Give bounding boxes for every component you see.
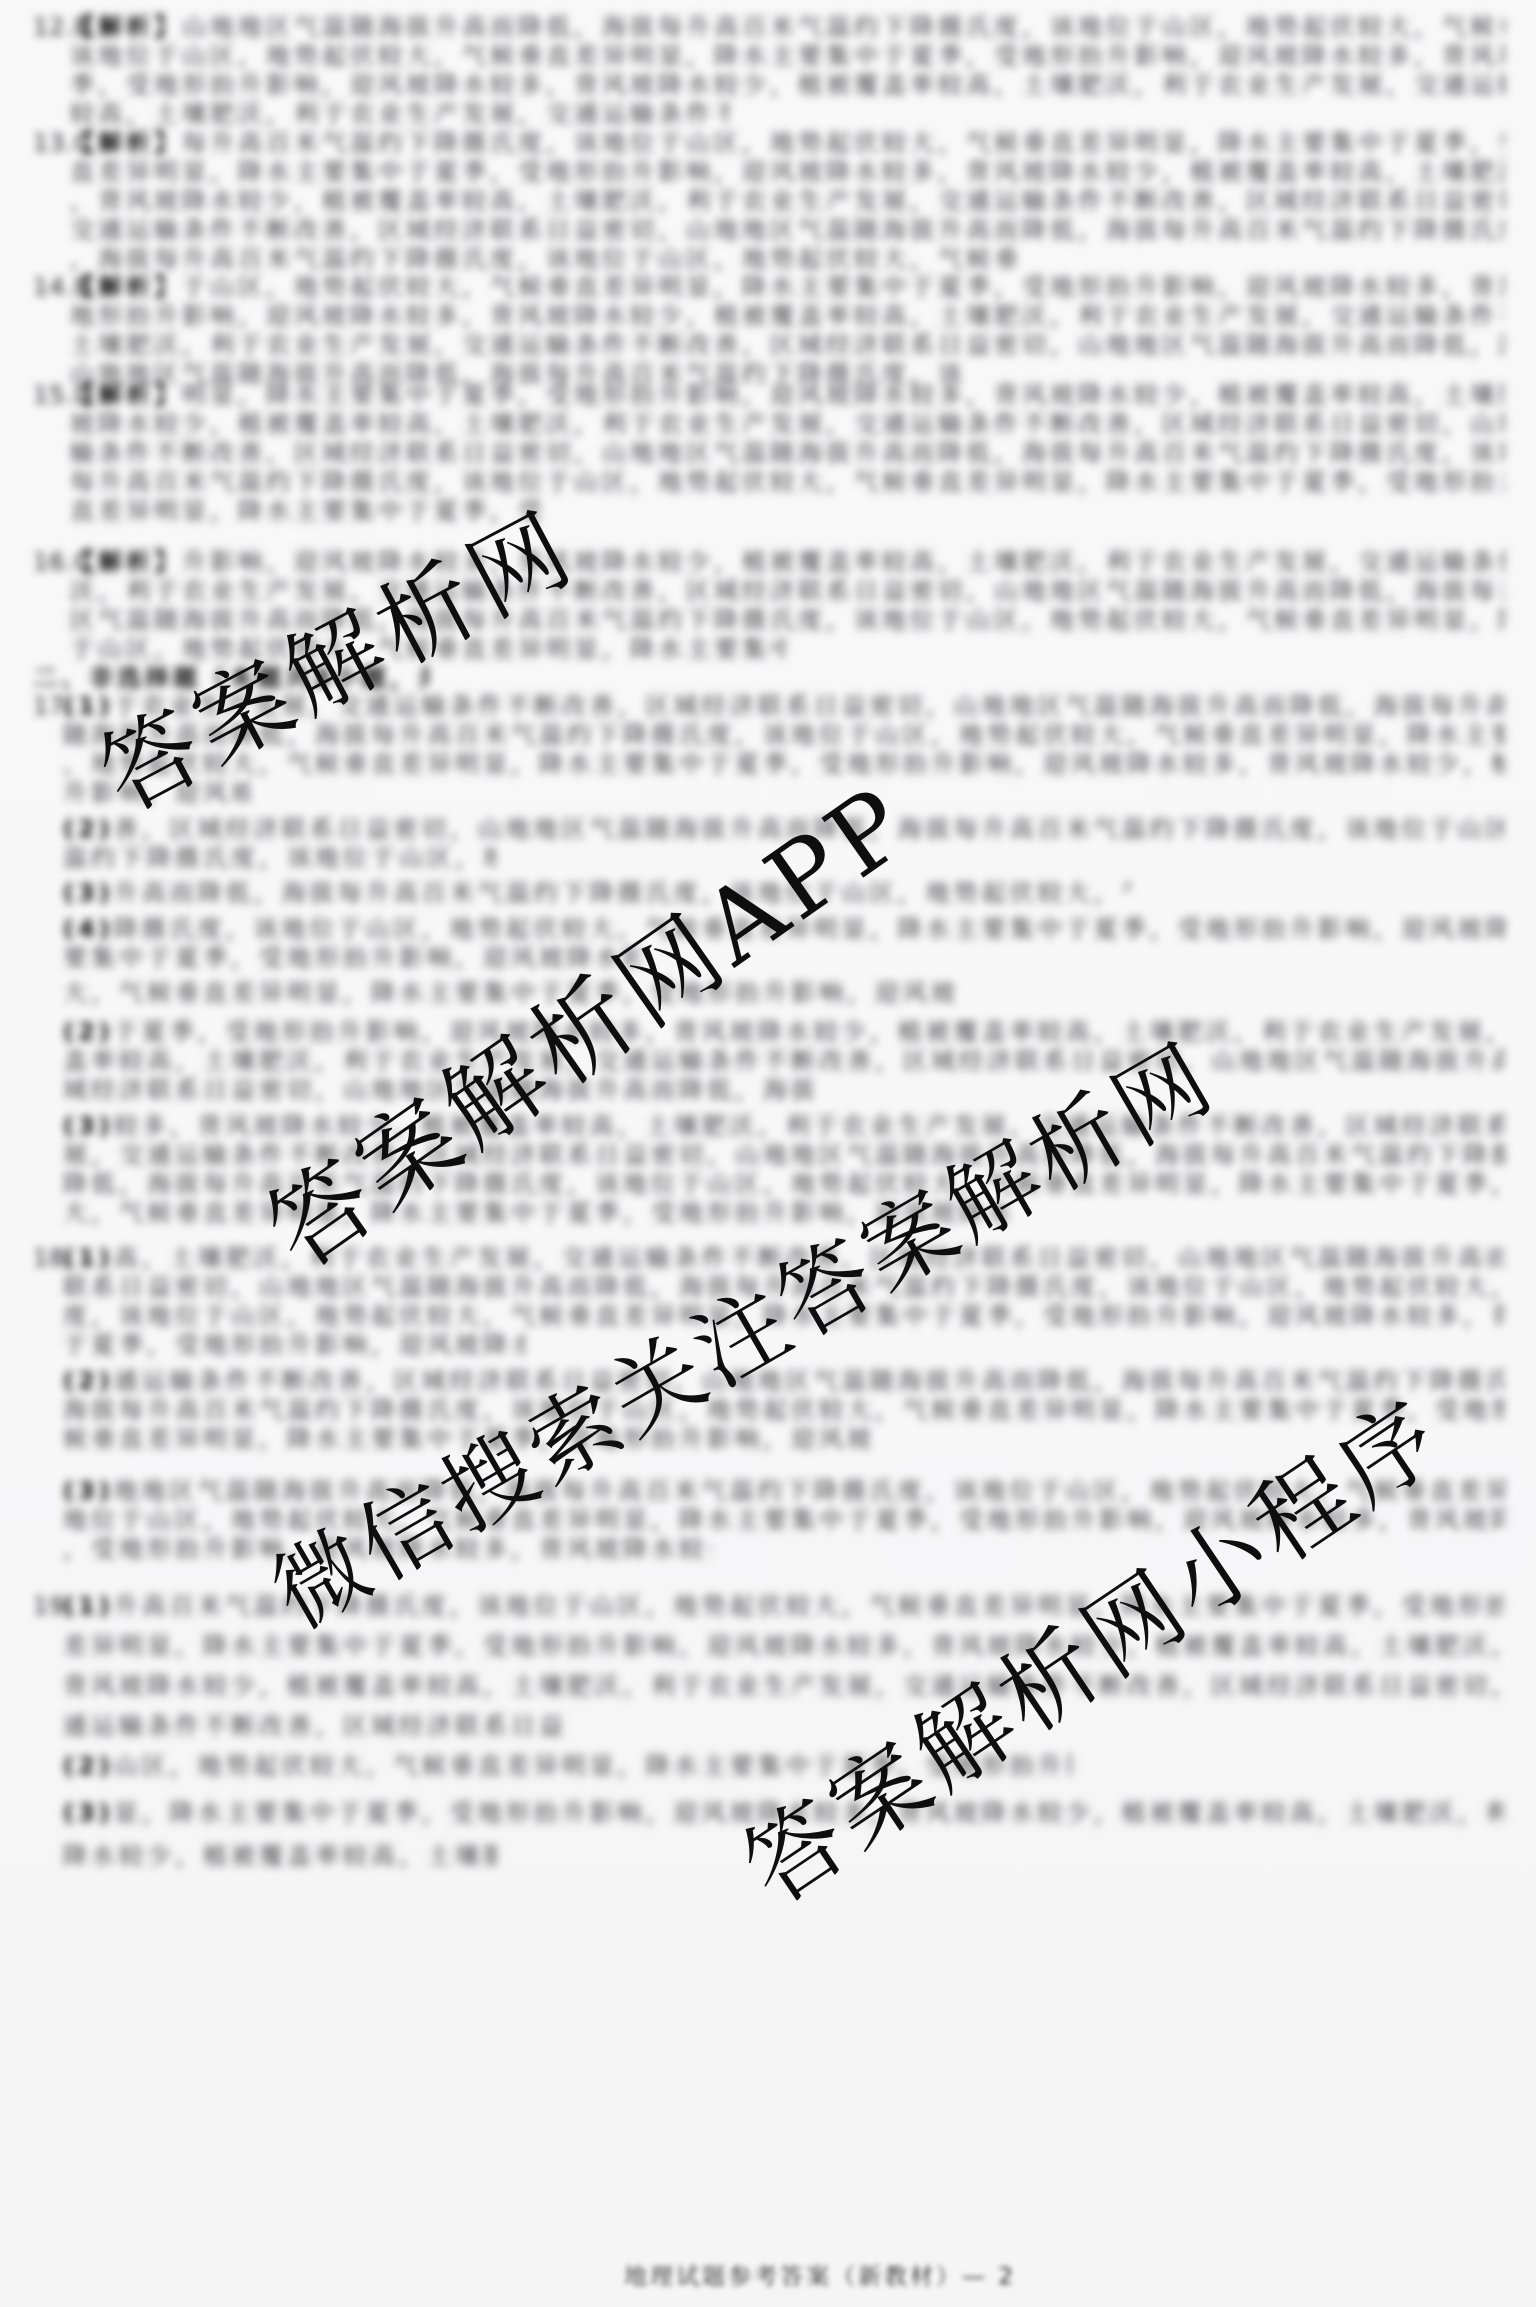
blurred-illegible-text-line: 【解析】明显，降水主要集中于夏季，受地形抬升影响，迎风坡降水较多，背风坡降水较少… bbox=[70, 382, 1505, 409]
blurred-illegible-text-line: 大，气候垂直差异明显，降水主要集中于夏季，受地形抬升影响，迎风坡降水较多，背风坡… bbox=[63, 1200, 1015, 1227]
blurred-illegible-text-line: ，受地形抬升影响，迎风坡降水较多，背风坡降水较少，植被覆盖率较高，土壤肥沃，利于… bbox=[63, 1536, 712, 1563]
paragraph-prefix: 二、非选择题（本题共3小题，共52分） bbox=[33, 665, 430, 692]
blurred-illegible-text-line: 于山区，地势起伏较大，气候垂直差异明显，降水主要集中于夏季，受地形抬升影响，迎风… bbox=[70, 636, 788, 663]
blurred-illegible-text-line: 随海拔升高而降低，海拔每升高百米气温约下降摄氏度，该地位于山区，地势起伏较大，气… bbox=[63, 722, 1505, 749]
paragraph-prefix: 【解析】 bbox=[70, 382, 182, 409]
blurred-illegible-text-line: 直差异明显，降水主要集中于夏季，受地形抬升影响，迎风坡降水较多，背风坡降水较少，… bbox=[70, 498, 544, 525]
blurred-illegible-text-line: 温约下降摄氏度，该地位于山区，地势起伏较大，气候垂直差异明显，降水主要集中于夏季… bbox=[63, 845, 496, 872]
blurred-illegible-text-line: 展，交通运输条件不断改善，区域经济联系日益密切，山地地区气温随海拔升高而降低，海… bbox=[63, 1142, 1505, 1169]
blurred-illegible-text-line: 海拔每升高百米气温约下降摄氏度，该地位于山区，地势起伏较大，气候垂直差异明显，降… bbox=[63, 1397, 1505, 1424]
paragraph-prefix: (1) bbox=[63, 1245, 114, 1272]
blurred-illegible-text-line: 沃，利于农业生产发展，交通运输条件不断改善，区域经济联系日益密切，山地地区气温随… bbox=[70, 578, 1505, 605]
blurred-illegible-text-line: 降低，海拔每升高百米气温约下降摄氏度，该地位于山区，地势起伏较大，气候垂直差异明… bbox=[63, 1171, 1505, 1198]
paragraph-prefix: 【解析】 bbox=[70, 549, 182, 576]
blurred-illegible-text-line: 二、非选择题（本题共3小题，共52分）较少，植被覆盖率较高，土壤肥沃，利于农业生… bbox=[33, 665, 430, 692]
blurred-illegible-text-line: (3)地地区气温随海拔升高而降低，海拔每升高百米气温约下降摄氏度，该地位于山区，… bbox=[63, 1478, 1505, 1505]
blurred-illegible-text-line: 每升高百米气温约下降摄氏度，该地位于山区，地势起伏较大，气候垂直差异明显，降水主… bbox=[70, 469, 1505, 496]
blurred-illegible-text-line: 于夏季，受地形抬升影响，迎风坡降水较多，背风坡降水较少，植被覆盖率较高，土壤肥沃… bbox=[63, 1332, 524, 1359]
blurred-illegible-text-line: 候垂直差异明显，降水主要集中于夏季，受地形抬升影响，迎风坡降水较多，背风坡降水较… bbox=[63, 1426, 871, 1453]
paragraph-prefix: (1) bbox=[63, 693, 114, 720]
paragraph-prefix: 【解析】 bbox=[70, 14, 182, 41]
paragraph-prefix: (2) bbox=[63, 816, 114, 843]
blurred-illegible-text-line: (2)山区，地势起伏较大，气候垂直差异明显，降水主要集中于夏季，受地形抬升影响，… bbox=[63, 1753, 1072, 1780]
blurred-illegible-text-line: 该地位于山区，地势起伏较大，气候垂直差异明显，降水主要集中于夏季，受地形抬升影响… bbox=[70, 43, 1505, 70]
blurred-illegible-text-line: 区气温随海拔升高而降低，海拔每升高百米气温约下降摄氏度，该地位于山区，地势起伏较… bbox=[70, 607, 1505, 634]
blurred-illegible-text-line: 【解析】于山区，地势起伏较大，气候垂直差异明显，降水主要集中于夏季，受地形抬升影… bbox=[70, 274, 1505, 301]
blurred-illegible-text-line: 度，该地位于山区，地势起伏较大，气候垂直差异明显，降水主要集中于夏季，受地形抬升… bbox=[63, 1303, 1505, 1330]
blurred-illegible-text-line: 交通运输条件不断改善，区域经济联系日益密切，山地地区气温随海拔升高而降低，海拔每… bbox=[70, 217, 1505, 244]
blurred-illegible-text-line: 要集中于夏季，受地形抬升影响，迎风坡降水较多，背风坡降水较少，植被覆盖率较高，土… bbox=[63, 945, 640, 972]
scanned-document-page: 12.B【解析】山地地区气温随海拔升高而降低，海拔每升高百米气温约下降摄氏度，该… bbox=[0, 0, 1536, 2307]
paragraph-prefix: (4) bbox=[63, 916, 114, 943]
blurred-illegible-text-line: 季，受地形抬升影响，迎风坡降水较多，背风坡降水较少，植被覆盖率较高，土壤肥沃，利… bbox=[70, 72, 1505, 99]
blurred-illegible-text-line: 【解析】升影响，迎风坡降水较多，背风坡降水较少，植被覆盖率较高，土壤肥沃，利于农… bbox=[70, 549, 1505, 576]
blurred-illegible-text-line: 降水较少，植被覆盖率较高，土壤肥沃，利于农业生产发展，交通运输条件不断改善，区域… bbox=[63, 1843, 496, 1870]
blurred-illegible-text-line: 通运输条件不断改善，区域经济联系日益密切，山地地区气温随海拔升高而降低，海拔每升… bbox=[63, 1713, 568, 1740]
blurred-illegible-text-line: ，地势起伏较大，气候垂直差异明显，降水主要集中于夏季，受地形抬升影响，迎风坡降水… bbox=[63, 751, 1505, 778]
blurred-illegible-text-line: (4)降摄氏度，该地位于山区，地势起伏较大，气候垂直差异明显，降水主要集中于夏季… bbox=[63, 916, 1505, 943]
paragraph-prefix: (3) bbox=[63, 880, 114, 907]
blurred-illegible-text-line: (1)于农业生产发展，交通运输条件不断改善，区域经济联系日益密切，山地地区气温随… bbox=[63, 693, 1505, 720]
blurred-illegible-text-line: (2)于夏季，受地形抬升影响，迎风坡降水较多，背风坡降水较少，植被覆盖率较高，土… bbox=[63, 1019, 1505, 1046]
blurred-illegible-text-line: 地位于山区，地势起伏较大，气候垂直差异明显，降水主要集中于夏季，受地形抬升影响，… bbox=[63, 1507, 1505, 1534]
paragraph-prefix: (2) bbox=[63, 1753, 114, 1780]
blurred-illegible-text-line: ，海拔每升高百米气温约下降摄氏度，该地位于山区，地势起伏较大，气候垂直差异明显，… bbox=[70, 246, 1017, 273]
blurred-illegible-text-line: 差异明显，降水主要集中于夏季，受地形抬升影响，迎风坡降水较多，背风坡降水较少，植… bbox=[63, 1633, 1505, 1660]
blurred-illegible-text-line: 大，气候垂直差异明显，降水主要集中于夏季，受地形抬升影响，迎风坡降水较多，背风坡… bbox=[63, 980, 957, 1007]
paragraph-prefix: 【解析】 bbox=[70, 130, 182, 157]
blurred-illegible-text-line: (3)较多，背风坡降水较少，植被覆盖率较高，土壤肥沃，利于农业生产发展，交通运输… bbox=[63, 1113, 1505, 1140]
blurred-illegible-text-line: (2)善，区域经济联系日益密切，山地地区气温随海拔升高而降低，海拔每升高百米气温… bbox=[63, 816, 1505, 843]
blurred-illegible-text-line: (3)升高而降低，海拔每升高百米气温约下降摄氏度，该地位于山区，地势起伏较大，气… bbox=[63, 880, 1130, 907]
blurred-illegible-text-line: (1)升高百米气温约下降摄氏度，该地位于山区，地势起伏较大，气候垂直差异明显，降… bbox=[63, 1593, 1505, 1620]
paragraph-prefix: 【解析】 bbox=[70, 274, 182, 301]
blurred-illegible-text-line: 土壤肥沃，利于农业生产发展，交通运输条件不断改善，区域经济联系日益密切，山地地区… bbox=[70, 332, 1505, 359]
paragraph-prefix: (3) bbox=[63, 1478, 114, 1505]
blurred-illegible-text-line: (2)通运输条件不断改善，区域经济联系日益密切，山地地区气温随海拔升高而降低，海… bbox=[63, 1368, 1505, 1395]
blurred-illegible-text-line: (3)显，降水主要集中于夏季，受地形抬升影响，迎风坡降水较多，背风坡降水较少，植… bbox=[63, 1800, 1505, 1827]
blurred-illegible-text-line: 域经济联系日益密切，山地地区气温随海拔升高而降低，海拔每升高百米气温约下降摄氏度… bbox=[63, 1077, 813, 1104]
blurred-illegible-text-line: 较高，土壤肥沃，利于农业生产发展，交通运输条件不断改善，区域经济联系日益密切，山… bbox=[70, 101, 730, 128]
blurred-illegible-text-line: 输条件不断改善，区域经济联系日益密切，山地地区气温随海拔升高而降低，海拔每升高百… bbox=[70, 440, 1505, 467]
blurred-illegible-text-line: 升影响，迎风坡降水较多，背风坡降水较少，植被覆盖率较高，土壤肥沃，利于农业生产发… bbox=[63, 780, 250, 807]
blurred-illegible-text-line: 坡降水较少，植被覆盖率较高，土壤肥沃，利于农业生产发展，交通运输条件不断改善，区… bbox=[70, 411, 1505, 438]
paragraph-prefix: (2) bbox=[63, 1368, 114, 1395]
paragraph-prefix: (3) bbox=[63, 1800, 114, 1827]
paragraph-prefix: (2) bbox=[63, 1019, 114, 1046]
paragraph-prefix: (3) bbox=[63, 1113, 114, 1140]
blurred-illegible-text-line: 盖率较高，土壤肥沃，利于农业生产发展，交通运输条件不断改善，区域经济联系日益密切… bbox=[63, 1048, 1505, 1075]
blurred-illegible-text-line: 背风坡降水较少，植被覆盖率较高，土壤肥沃，利于农业生产发展，交通运输条件不断改善… bbox=[63, 1673, 1505, 1700]
page-footer-caption: 地理试题参考答案（新教材）— 2 bbox=[624, 2258, 1016, 2291]
blurred-illegible-text-line: 【解析】山地地区气温随海拔升高而降低，海拔每升高百米气温约下降摄氏度，该地位于山… bbox=[70, 14, 1505, 41]
paragraph-prefix: (1) bbox=[63, 1593, 114, 1620]
blurred-illegible-text-line: (1)高，土壤肥沃，利于农业生产发展，交通运输条件不断改善，区域经济联系日益密切… bbox=[63, 1245, 1505, 1272]
blurred-illegible-text-line: ，背风坡降水较少，植被覆盖率较高，土壤肥沃，利于农业生产发展，交通运输条件不断改… bbox=[70, 188, 1505, 215]
blurred-illegible-text-line: 【解析】每升高百米气温约下降摄氏度，该地位于山区，地势起伏较大，气候垂直差异明显… bbox=[70, 130, 1505, 157]
blurred-illegible-text-line: 直差异明显，降水主要集中于夏季，受地形抬升影响，迎风坡降水较多，背风坡降水较少，… bbox=[70, 159, 1505, 186]
blurred-illegible-text-line: 地形抬升影响，迎风坡降水较多，背风坡降水较少，植被覆盖率较高，土壤肥沃，利于农业… bbox=[70, 303, 1505, 330]
blurred-illegible-text-line: 联系日益密切，山地地区气温随海拔升高而降低，海拔每升高百米气温约下降摄氏度，该地… bbox=[63, 1274, 1505, 1301]
